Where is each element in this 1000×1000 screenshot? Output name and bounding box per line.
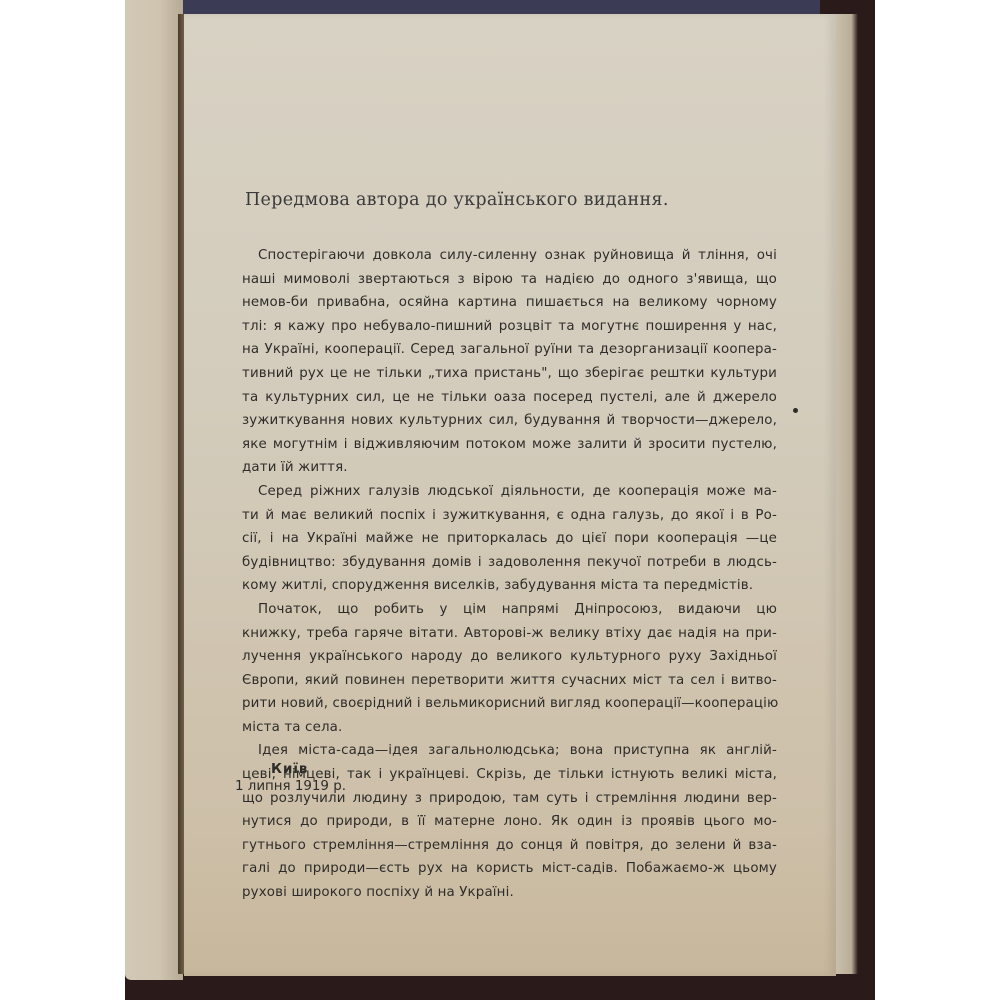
text-line: кому житлі, спорудження виселків, забуду… (242, 574, 777, 598)
text-line: тивний рух це не тільки „тиха пристань",… (242, 362, 777, 386)
text-line: Ідея міста-сада—ідея загальнолюдська; во… (242, 739, 777, 763)
text-line: будівництво: збудування домів і задоволе… (242, 551, 777, 575)
text-line: сії, і на Україні майже не приторкалась … (242, 527, 777, 551)
left-page-edge (125, 0, 183, 980)
text-line: та культурних сил, це не тільки оаза пос… (242, 386, 777, 410)
text-line: дати їй життя. (242, 456, 777, 480)
text-line: рити новий, своєрідний і вельмикорисний … (242, 692, 777, 716)
margin-mark (793, 408, 798, 413)
text-line: ти й має великий поспіх і зужиткування, … (242, 504, 777, 528)
paragraph: Початок, що робить у цім напрямі Дніпрос… (242, 598, 777, 740)
text-line: зужиткування нових культурних сил, будув… (242, 409, 777, 433)
text-line: нутися до природи, в її матерне лоно. Як… (242, 810, 777, 834)
right-page-edge (836, 14, 858, 974)
text-line: наші мимоволі звертаються з вірою та над… (242, 268, 777, 292)
paragraph: Серед ріжних галузів людської діяльности… (242, 480, 777, 598)
text-line: галі до природи—єсть рух на користь міст… (242, 857, 777, 881)
text-line: немов-би привабна, осяйна картина пишаєт… (242, 291, 777, 315)
signoff-date: 1 липня 1919 р. (235, 779, 346, 794)
text-line: міста та села. (242, 716, 777, 740)
text-line: Європи, який повинен перетворити життя с… (242, 669, 777, 693)
text-line: на Україні, кооперації. Серед загальної … (242, 338, 777, 362)
text-line: книжку, треба гаряче вітати. Авторові-ж … (242, 622, 777, 646)
page-title: Передмова автора до українського видання… (245, 190, 825, 210)
cloth-background (180, 0, 820, 14)
text-line: рухові широкого поспіху й на Україні. (242, 881, 777, 905)
signoff: Київ 1 липня 1919 р. (235, 762, 346, 794)
text-line: Спостерігаючи довкола силу-силенну ознак… (242, 244, 777, 268)
text-line: Початок, що робить у цім напрямі Дніпрос… (242, 598, 777, 622)
text-line: лучення українського народу до великого … (242, 645, 777, 669)
text-line: гутнього стремління—стремління до сонця … (242, 834, 777, 858)
text-line: тлі: я кажу про небувало-пишний розцвіт … (242, 315, 777, 339)
signoff-city: Київ (235, 762, 346, 777)
preface-body: Спостерігаючи довкола силу-силенну ознак… (242, 244, 777, 905)
text-line: яке могутнім і відживляючим потоком може… (242, 433, 777, 457)
paragraph: Спостерігаючи довкола силу-силенну ознак… (242, 244, 777, 480)
text-line: Серед ріжних галузів людської діяльности… (242, 480, 777, 504)
